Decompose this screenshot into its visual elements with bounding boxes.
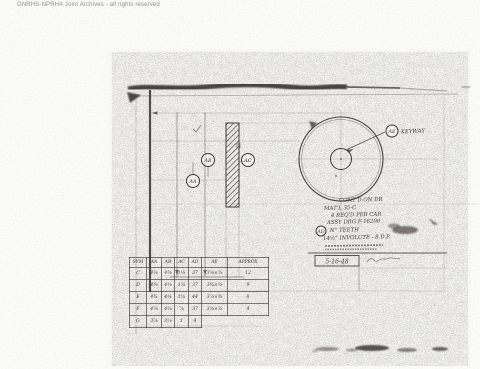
cell: 37 <box>189 268 202 280</box>
cell: 4⅜ <box>162 280 175 292</box>
table-header-row: SYM AA AB AC AD AE APPROX <box>130 258 269 268</box>
cell: C <box>130 268 147 280</box>
callout-ad-label: AD <box>316 229 324 235</box>
table-row: E 4¾ 4¼ 1¼ 44 3⅞×¾ 8 <box>130 292 269 304</box>
table-row: D 4⅜ 4⅜ 1⅜ 37 3¾×⅝ 9 <box>130 280 269 292</box>
cell: 1⅜ <box>175 280 189 292</box>
cell: D <box>130 280 147 292</box>
cell: 4 <box>228 304 269 316</box>
cell: 12 <box>228 268 269 280</box>
cell: 1¼ <box>175 292 189 304</box>
callout-ab-label: AB <box>204 158 212 164</box>
cell: 4⅝ <box>147 304 162 316</box>
note-teeth: N° TEETH <box>330 227 359 234</box>
cell: 4 <box>189 316 202 328</box>
note-material: MAT'L 35-C <box>324 205 356 212</box>
cell: 4⅛ <box>162 268 175 280</box>
col-header: AE <box>202 258 228 268</box>
callout-ad: AD <box>316 226 326 236</box>
cell: 4¾ <box>147 292 162 304</box>
callout-aa-label: AA <box>189 179 197 185</box>
dimension-table: SYM AA AB AC AD AE APPROX C 4⅛ 4⅛ 1⅛ 37 … <box>129 257 269 328</box>
cell: 37 <box>189 304 202 316</box>
callout-ac-label: AC <box>243 158 251 164</box>
table-row: F 4⅝ 4⅝ ⅞ 37 3⅝×⅝ 4 <box>130 304 269 316</box>
cell: 3⅝×⅝ <box>202 304 228 316</box>
cell: 1⅛ <box>175 268 189 280</box>
table-row: C 4⅛ 4⅛ 1⅛ 37 3⅝×⅝ 12 <box>130 268 269 280</box>
col-header: SYM <box>130 258 147 268</box>
callout-ac: AC <box>242 154 255 167</box>
hatched-hub-section <box>226 123 239 207</box>
cell: 4⅝ <box>162 304 175 316</box>
cell: 4⅛ <box>147 268 162 280</box>
col-header: APPROX <box>228 258 269 268</box>
note-involute: 14½° INVOLUTE - 8 D.P. <box>323 234 391 242</box>
cell: ⅞ <box>175 304 189 316</box>
cell: 3⅞ <box>147 316 162 328</box>
scanned-drawing-page: GNRHS-NPRHA Joint Archives - all rights … <box>0 0 480 369</box>
cell: E <box>130 292 147 304</box>
col-header: AB <box>162 258 175 268</box>
cell: 3⅞×¾ <box>202 292 228 304</box>
cell <box>202 316 228 328</box>
cell: 1 <box>175 316 189 328</box>
cell: 8 <box>228 292 269 304</box>
cell: 9 <box>228 280 269 292</box>
cell: 3⅝×⅝ <box>202 268 228 280</box>
col-header: AD <box>189 258 202 268</box>
date-value: 5-16-48 <box>325 259 348 266</box>
cell: 4¼ <box>162 292 175 304</box>
cell: 4⅜ <box>147 280 162 292</box>
cell: 44 <box>189 292 202 304</box>
note-quantity: 4 REQ'D PER CAR <box>331 211 382 218</box>
cell: 3⅞ <box>162 316 175 328</box>
col-header: AC <box>175 258 189 268</box>
callout-ae-label: AE <box>388 129 396 135</box>
note-contd: CONT'D ON DR <box>339 196 383 203</box>
cell: G <box>130 316 147 328</box>
cell: 37 <box>189 280 202 292</box>
col-header: AA <box>147 258 162 268</box>
cell: F <box>130 304 147 316</box>
cell: 3¾×⅝ <box>202 280 228 292</box>
table-row: G 3⅞ 3⅞ 1 4 <box>130 316 269 328</box>
cell <box>228 316 269 328</box>
